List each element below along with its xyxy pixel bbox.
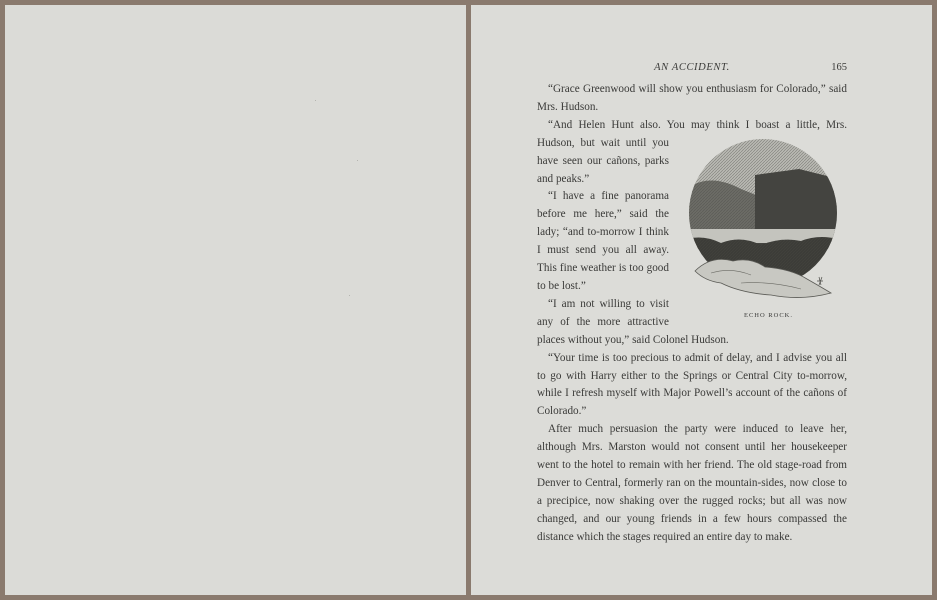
paragraph: After much persuasion the party were ind… (537, 421, 847, 546)
paragraph: “Grace Greenwood will show you enthusias… (537, 81, 847, 117)
paragraph-line: “And Helen Hunt also. You may think I bo… (548, 119, 826, 131)
running-head: AN ACCIDENT. 165 (537, 59, 847, 77)
paper-speck (315, 100, 316, 101)
paragraph: “Your time is too precious to admit of d… (537, 350, 847, 422)
page-body: AN ACCIDENT. 165 “Grace Greenwood will s… (537, 59, 847, 547)
paragraph: “And Helen Hunt also. You may think I bo… (537, 117, 847, 189)
running-title: AN ACCIDENT. (537, 59, 847, 77)
left-page (5, 5, 466, 595)
echo-rock-figure: ECHO ROCK. (677, 137, 849, 320)
page-number: 165 (831, 59, 847, 77)
echo-rock-engraving-image (681, 137, 845, 313)
paper-speck (349, 295, 350, 296)
figure-caption: ECHO ROCK. (677, 311, 849, 320)
right-page: AN ACCIDENT. 165 “Grace Greenwood will s… (471, 5, 932, 595)
paper-speck (357, 160, 358, 161)
